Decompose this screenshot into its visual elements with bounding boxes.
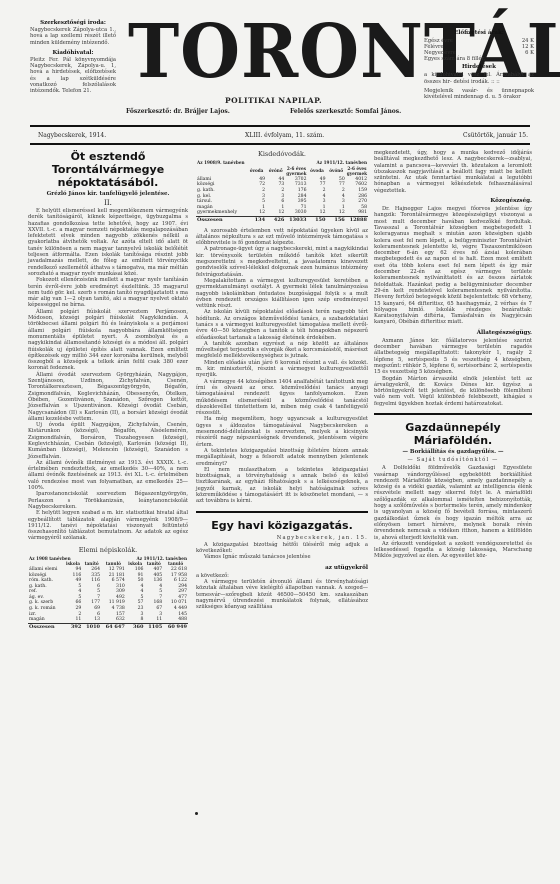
newspaper-title: TORONTÁL bbox=[128, 14, 381, 90]
single-copy-price: Egyes szám ára 8 fillér. bbox=[424, 56, 534, 62]
article-headline: Egy havi közigazgatás. bbox=[196, 519, 368, 532]
article-headline: Gazdaünnepély Máriaföldén. bbox=[374, 421, 532, 447]
paragraph: Állami óvodát szerveztem Györgyházán, Na… bbox=[28, 372, 188, 422]
paragraph: Ha még megemlítem, hogy ugyancsak a kult… bbox=[196, 416, 368, 447]
section-subhead: az utügyekről bbox=[196, 565, 368, 571]
table-row: gyermekmenhely121230301212981 bbox=[196, 210, 368, 216]
section-heading-veterinary: Állategészségügy. bbox=[374, 330, 532, 336]
paragraph: A Dolfeldőki földművelők Gazdasági Egyes… bbox=[374, 465, 532, 541]
paragraph: A szorosabb értelemben vett népoktatási … bbox=[196, 228, 368, 247]
table-total-row: Összesen392101064 647360110560 949 bbox=[28, 623, 188, 630]
place-year: Nagybecskerek, 1914. bbox=[38, 132, 106, 139]
kindergartens-table: Az 1908/9. tanévben Az 1911/12. tanévben… bbox=[196, 160, 368, 224]
column-1: Öt esztendő Torontálvármegye népoktatásá… bbox=[28, 150, 188, 630]
paragraph: megkezdetett, úgy, hogy a munka kedvező … bbox=[374, 150, 532, 194]
dateline: Nagybecskerek, 1914. XLIII. évfolyam, 11… bbox=[38, 132, 528, 139]
elementary-schools-table: Az 1908 tanévben Az 1911/12. tanévben is… bbox=[28, 556, 188, 631]
article-headline: Öt esztendő Torontálvármegye népoktatásá… bbox=[28, 150, 188, 189]
paragraph: Az érkezett vendégeket a szokott vendégs… bbox=[374, 541, 532, 560]
paragraph: A vármegye 44 községében 1404 analfabétá… bbox=[196, 379, 368, 417]
paragraph: Fokozott ellenőrzésünk mellett a magyar … bbox=[28, 277, 188, 308]
paragraph: A vármegye területén átvonuló állami és … bbox=[196, 579, 368, 610]
paragraph: Vámos Ignác műszaki tanácsos jelentése bbox=[196, 554, 368, 560]
volume-issue: XLIII. évfolyam, 11. szám. bbox=[245, 132, 324, 139]
office-text: Nagybecskerek Zápolya-utca 1., hová a la… bbox=[30, 27, 116, 46]
publisher-text: Pleitz Fer. Pál könyvnyomdája Nagybecske… bbox=[30, 57, 116, 95]
paragraph: A tekintetes közigazgatási bizottság íté… bbox=[196, 448, 368, 467]
paragraph: Az iskolán kívüli népoktatási előadások … bbox=[196, 309, 368, 340]
bullet-mark bbox=[195, 812, 198, 815]
paragraph: Minden előadás után járó 6 koronát részi… bbox=[196, 360, 368, 379]
paragraph: Uj óvoda épült Nagygájon, Zichyfalván, C… bbox=[28, 422, 188, 460]
table-total-row: Összesen1344261303315015612888 bbox=[196, 216, 368, 223]
issue-date: Csütörtök, január 15. bbox=[463, 132, 528, 139]
masthead-subscription-info: Előfizetési árak: Egész évre24 K Félévre… bbox=[424, 28, 534, 100]
paragraph: E helyütt elismeréssel kell megemlékezne… bbox=[28, 208, 188, 277]
article-part: II. bbox=[28, 199, 188, 207]
newspaper-page: Szerkesztőségi iroda: Nagybecskerek Zápo… bbox=[0, 0, 560, 884]
column-2: Kisdedóvodák. Az 1908/9. tanévben Az 191… bbox=[196, 150, 368, 611]
ads-text: a kiadóhivatal vesz fel. Árszabályt az ö… bbox=[424, 72, 534, 85]
responsible-editor: Felelős szerkesztő: Somfai János. bbox=[290, 108, 401, 115]
masthead-office-info: Szerkesztőségi iroda: Nagybecskerek Zápo… bbox=[30, 20, 116, 99]
paragraph: E helyütt legyen szabad a m. kir. statis… bbox=[28, 510, 188, 541]
article-divider bbox=[196, 511, 368, 513]
paragraph: Dr. Hajnegger Lajos megyei főorvos jelen… bbox=[374, 206, 532, 326]
ads-heading: Hirdetések bbox=[424, 64, 534, 70]
table-title: Kisdedóvodák. bbox=[196, 150, 368, 158]
schedule-text: Megjelenik vasár- és ünnepnapok kivételé… bbox=[424, 88, 534, 101]
paragraph: Az állami óvónők illetményei az 1913. év… bbox=[28, 460, 188, 491]
paragraph: A patronage-ügyet úgy a nagybecskereki, … bbox=[196, 246, 368, 277]
paragraph: Axmann János kir. főállatorvos jelentése… bbox=[374, 338, 532, 376]
top-rule bbox=[30, 125, 530, 127]
article-subhead: — Borkiállítás és gazdagyűlés. — bbox=[374, 449, 532, 455]
paragraph: El nem mulaszthatom a tekintetes közigaz… bbox=[196, 467, 368, 505]
paragraph: A tanítók azonban egyrészt a nép között … bbox=[196, 341, 368, 360]
paragraph: Állami polgári fiúiskolát szerveztem Per… bbox=[28, 309, 188, 372]
office-heading: Szerkesztőségi iroda: bbox=[30, 20, 116, 26]
newspaper-subtitle: POLITIKAI NAPILAP. bbox=[225, 96, 322, 105]
article-source: — Saját tudósítónktól — bbox=[374, 457, 532, 463]
column-3: megkezdetett, úgy, hogy a munka kedvező … bbox=[374, 150, 532, 560]
publisher-heading: Kiadóhivatal: bbox=[30, 50, 116, 56]
table-title: Elemi népiskolák. bbox=[28, 546, 188, 554]
paragraph: Iparostanonciskolát szerveztem Bégaszent… bbox=[28, 491, 188, 510]
chief-editor: Főszerkesztő: dr. Brájjer Lajos. bbox=[126, 108, 230, 115]
paragraph: Megalakítottam a vármegyei kulturegyesül… bbox=[196, 278, 368, 309]
paragraph: Bogdán Márton árvaszéki elnök jelentést … bbox=[374, 376, 532, 407]
section-heading-health: Közegészség. bbox=[374, 198, 532, 204]
paragraph: A közigazgatási bizottság hétfői ülésérő… bbox=[196, 542, 368, 555]
article-byline: Grézló János kir. tanfelügyelő jelentése… bbox=[28, 191, 188, 197]
subscription-heading: Előfizetési árak: bbox=[424, 30, 534, 36]
dateline-rule bbox=[30, 143, 530, 145]
article-dateline: Nagybecskerek, jan. 15. bbox=[196, 535, 368, 541]
article-divider bbox=[374, 413, 532, 415]
